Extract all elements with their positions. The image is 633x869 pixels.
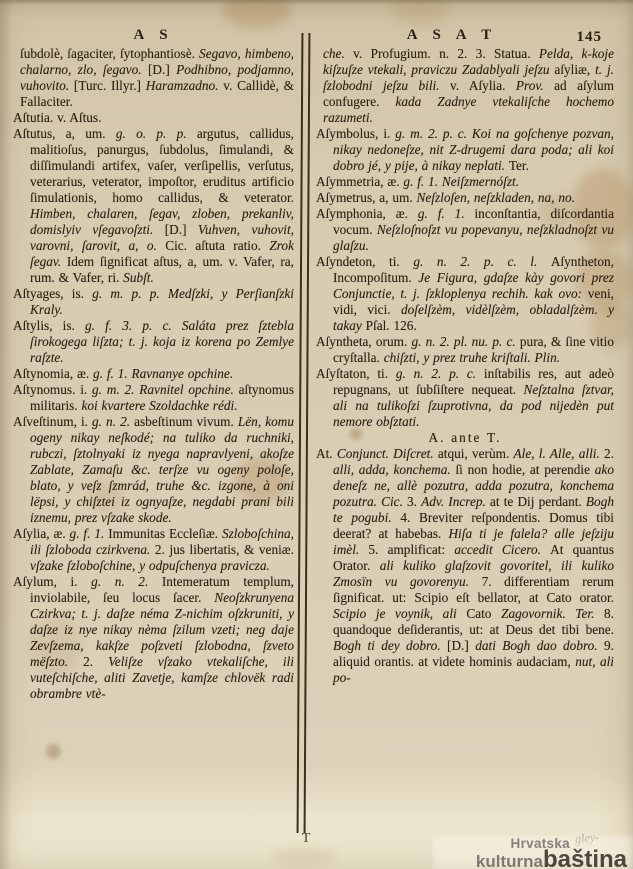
section-heading: A. ante T. — [316, 430, 614, 446]
dictionary-entry: Aſylum, i. g. n. 2. Intemeratum templum,… — [13, 574, 294, 702]
continuation-paragraph: che. v. Profugium. n. 2. 3. Statua. Peld… — [316, 46, 614, 126]
dictionary-entry: Aſylia, æ. g. f. 1. Immunitas Eccleſiæ. … — [13, 526, 294, 574]
dictionary-entry: Aſymetrus, a, um. Neſzloſen, neſzkladen,… — [316, 190, 614, 206]
running-title-right: A S A T — [322, 27, 582, 44]
dictionary-entry: Aſtynomia, æ. g. f. 1. Ravnanye opchine. — [13, 366, 294, 382]
running-title-left: A S — [13, 27, 294, 44]
dictionary-entry: Aſtutus, a, um. g. o. p. p. argutus, cal… — [13, 126, 294, 286]
column-divider-rule — [303, 33, 310, 833]
dictionary-entry: Aſyntheta, orum. g. n. 2. pl. nu. p. c. … — [316, 334, 614, 366]
book-page-scan: A S A S A T 145 ſubdolè, ſagaciter, ſyto… — [0, 0, 633, 869]
scan-edge-right — [625, 0, 633, 869]
dictionary-entry: Aſtylis, is. g. f. 3. p. c. Saláta prez … — [13, 318, 294, 366]
continuation-paragraph: ſubdolè, ſagaciter, ſytophantiosè. Segav… — [13, 46, 294, 110]
page-number: 145 — [552, 29, 602, 46]
heritage-watermark: Hrvatska kulturnabaština — [476, 837, 627, 869]
right-text-column: che. v. Profugium. n. 2. 3. Statua. Peld… — [316, 46, 614, 836]
dictionary-entry: Aſtyages, is. g. m. p. p. Medſzki, y Per… — [13, 286, 294, 318]
scan-edge-left — [0, 0, 12, 869]
column-divider-rule — [297, 33, 304, 833]
dictionary-entry: Aſtynomus. i. g. m. 2. Ravnitel opchine.… — [13, 382, 294, 414]
watermark-kulturna: kulturna — [476, 852, 543, 869]
dictionary-entry: Aſveſtinum, i. g. n. 2. asbeſtinum vivum… — [13, 414, 294, 526]
watermark-bastina: baština — [543, 846, 627, 869]
dictionary-entry: Aſyndeton, ti. g. n. 2. p. c. l. Aſynthe… — [316, 254, 614, 334]
scan-edge-top — [0, 0, 633, 5]
dictionary-entry: Aſymbolus, i. g. m. 2. p. c. Koi na goſc… — [316, 126, 614, 174]
dictionary-entry: At. Conjunct. Diſcret. atqui, verùm. Ale… — [316, 446, 614, 686]
left-text-column: ſubdolè, ſagaciter, ſytophantiosè. Segav… — [13, 46, 294, 836]
paper-stain — [272, 848, 336, 866]
watermark-line2: kulturnabaština — [476, 848, 627, 869]
dictionary-entry: Aſymmetria, æ. g. f. 1. Neiſzmernóſzt. — [316, 174, 614, 190]
signature-mark: T — [296, 831, 316, 847]
dictionary-entry: Aſtutia. v. Aſtus. — [13, 110, 294, 126]
dictionary-entry: Aſymphonia, æ. g. f. 1. inconſtantia, di… — [316, 206, 614, 254]
dictionary-entry: Aſyſtaton, ti. g. n. 2. p. c. inſtabilis… — [316, 366, 614, 430]
